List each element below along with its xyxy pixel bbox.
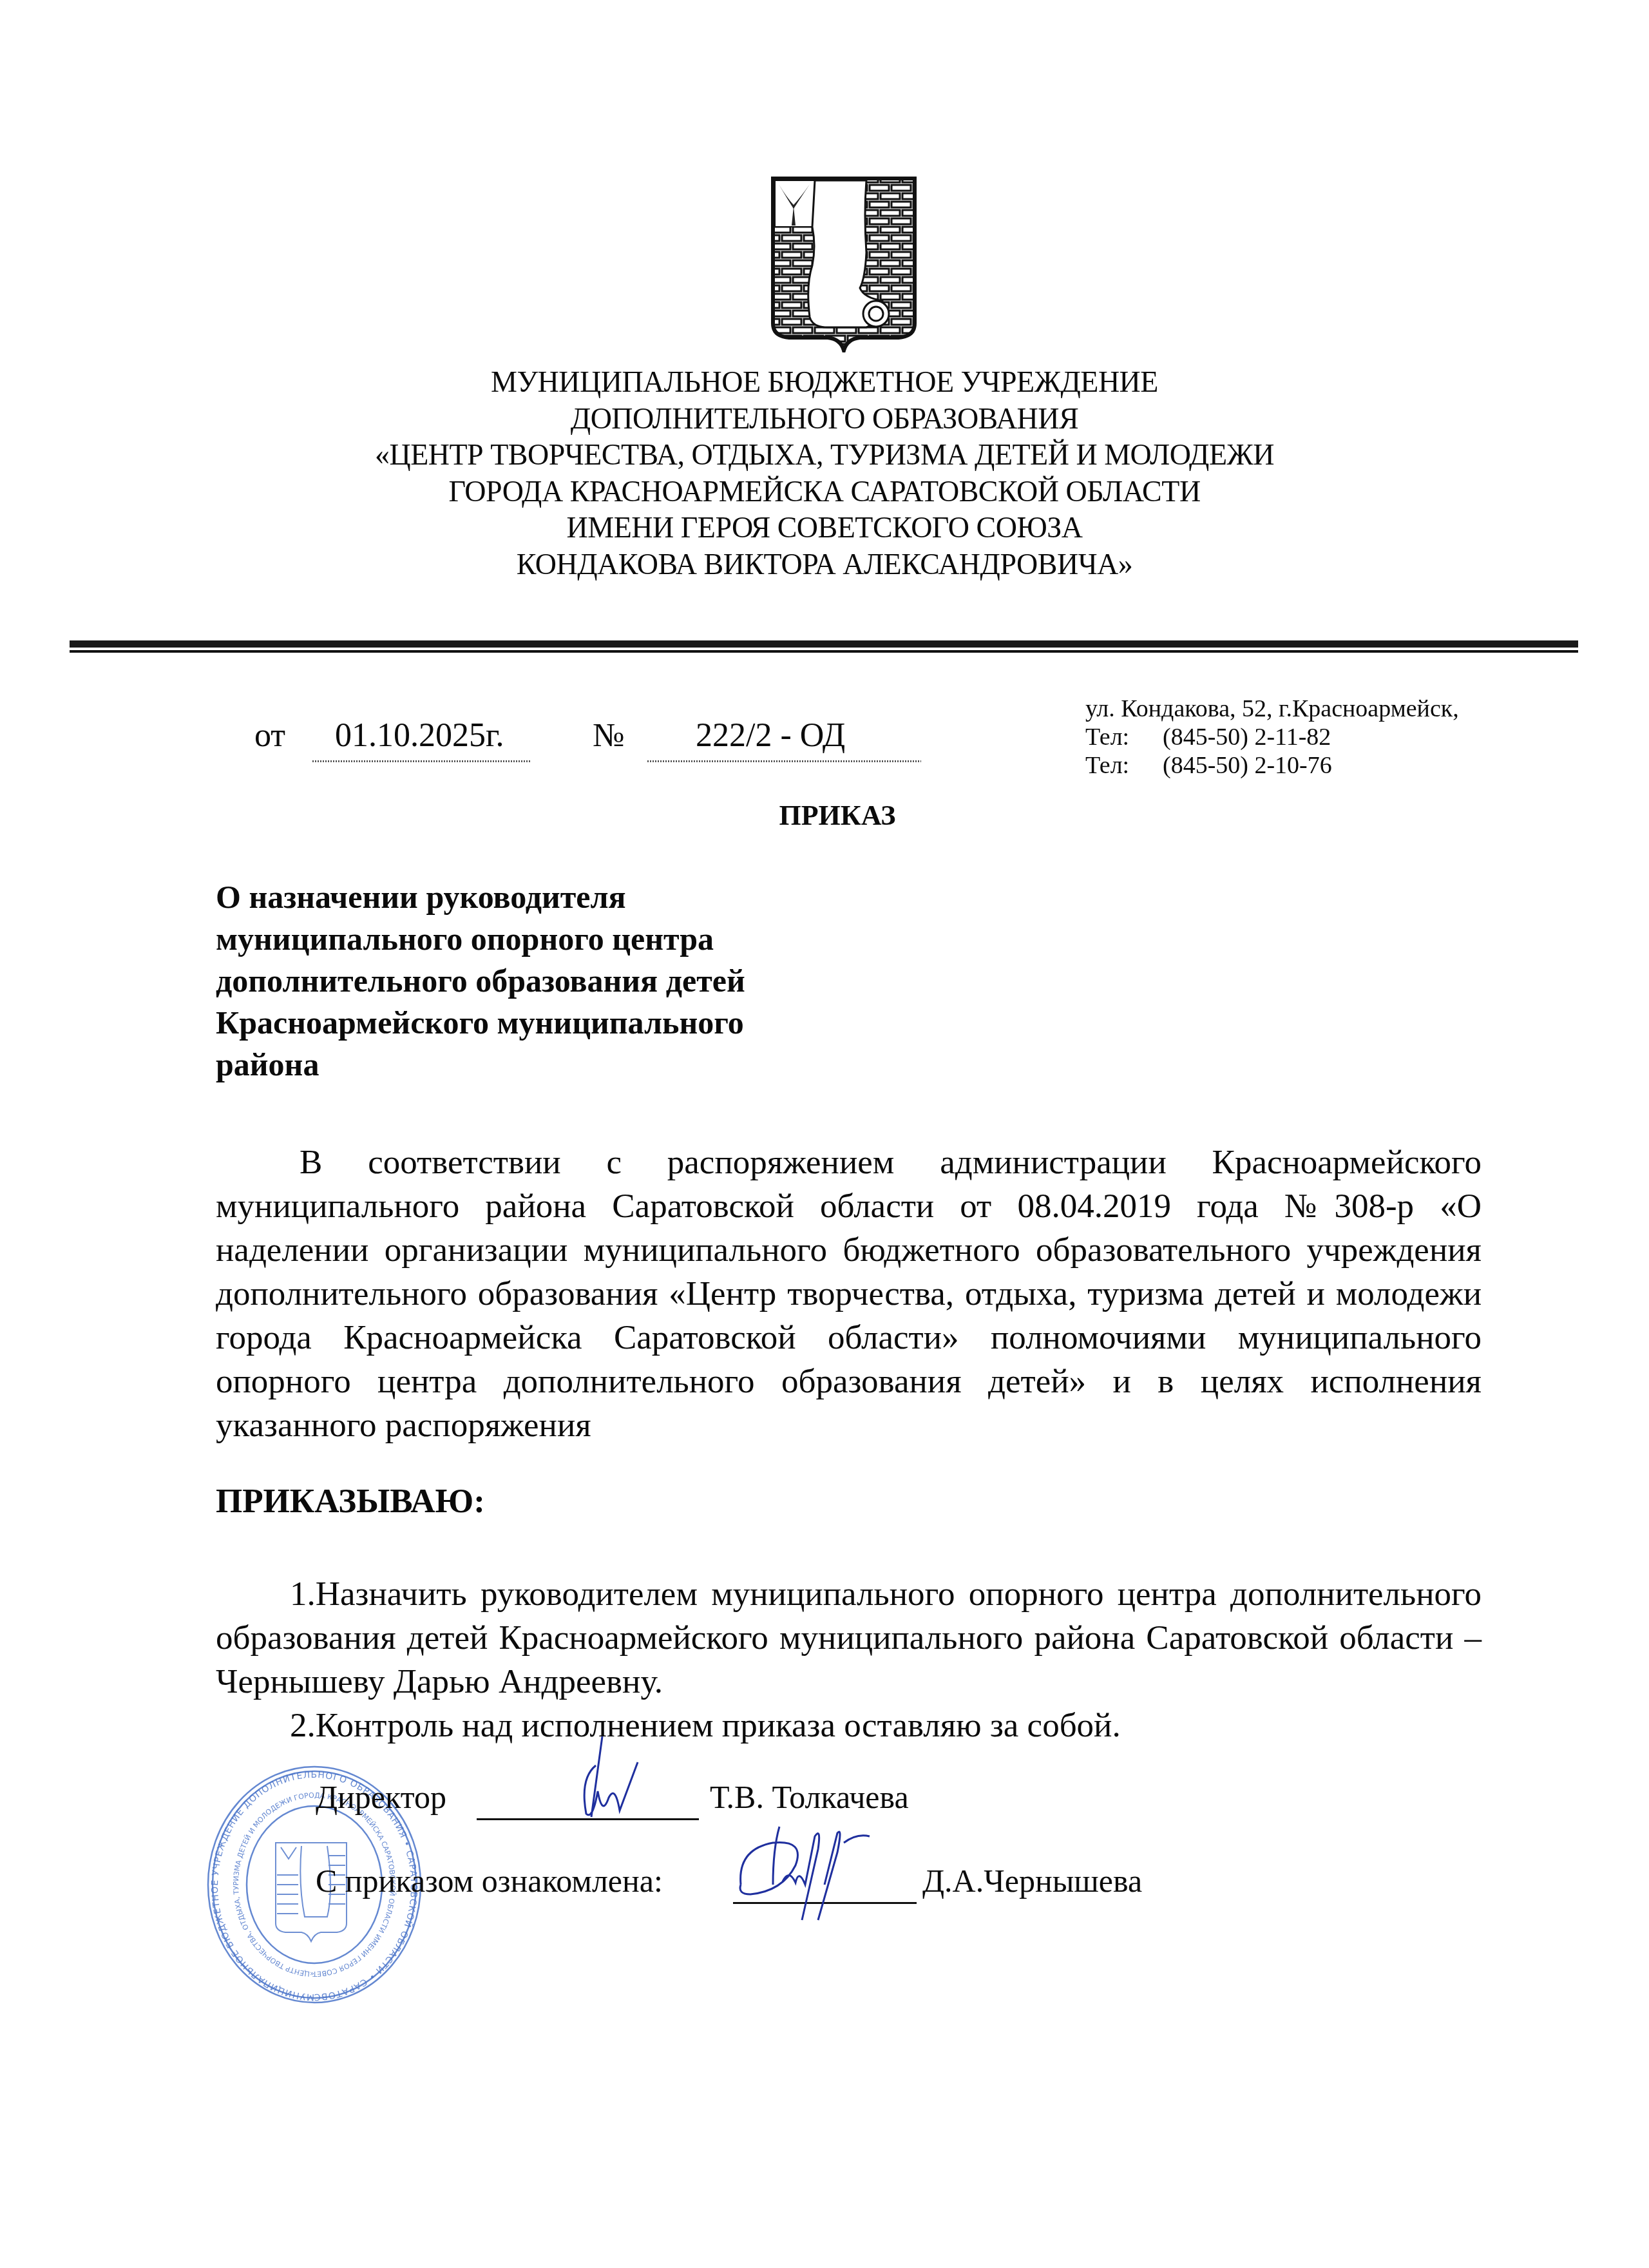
acknowledged-label: С приказом ознакомлена: — [316, 1862, 663, 1899]
phone-number: (845-50) 2-10-76 — [1163, 752, 1332, 779]
phone-label: Тел: — [1085, 723, 1163, 751]
phone-line: Тел:(845-50) 2-11-82 — [1085, 723, 1459, 751]
header-line: ГОРОДА КРАСНОАРМЕЙСКА САРАТОВСКОЙ ОБЛАСТ… — [0, 474, 1649, 510]
header-line: ДОПОЛНИТЕЛЬНОГО ОБРАЗОВАНИЯ — [0, 401, 1649, 437]
number-underline — [647, 760, 921, 762]
phone-label: Тел: — [1085, 751, 1163, 780]
director-name: Т.В. Толкачева — [710, 1778, 909, 1816]
order-item: 1.Назначить руководителем муниципального… — [216, 1572, 1482, 1704]
acknowledged-signature-icon — [734, 1823, 902, 1927]
number-prefix: № — [593, 716, 625, 754]
title-line: района — [216, 1044, 924, 1086]
document-date: 01.10.2025г. — [335, 716, 504, 754]
coat-of-arms-icon — [770, 175, 918, 352]
title-line: муниципального опорного центра — [216, 918, 924, 960]
preamble-paragraph: В соответствии с распоряжением администр… — [216, 1140, 1482, 1447]
document-type: ПРИКАЗ — [0, 799, 1649, 832]
phone-number: (845-50) 2-11-82 — [1163, 724, 1331, 751]
title-line: О назначении руководителя — [216, 876, 924, 918]
acknowledged-name: Д.А.Чернышева — [922, 1862, 1142, 1899]
date-underline — [312, 760, 531, 762]
header-line: ИМЕНИ ГЕРОЯ СОВЕТСКОГО СОЮЗА — [0, 510, 1649, 546]
phone-line: Тел:(845-50) 2-10-76 — [1085, 751, 1459, 780]
order-item: 2.Контроль над исполнением приказа остав… — [216, 1704, 1482, 1747]
title-line: Красноармейского муниципального — [216, 1002, 924, 1044]
order-items: 1.Назначить руководителем муниципального… — [216, 1572, 1482, 1747]
document-title: О назначении руководителя муниципального… — [216, 876, 924, 1086]
title-line: дополнительного образования детей — [216, 960, 924, 1002]
header-line: МУНИЦИПАЛЬНОЕ БЮДЖЕТНОЕ УЧРЕЖДЕНИЕ — [0, 364, 1649, 401]
header-line: КОНДАКОВА ВИКТОРА АЛЕКСАНДРОВИЧА» — [0, 546, 1649, 583]
address-line: ул. Кондакова, 52, г.Красноармейск, — [1085, 695, 1459, 723]
organization-header: МУНИЦИПАЛЬНОЕ БЮДЖЕТНОЕ УЧРЕЖДЕНИЕ ДОПОЛ… — [0, 364, 1649, 582]
address-block: ул. Кондакова, 52, г.Красноармейск, Тел:… — [1085, 695, 1459, 780]
header-divider-thick — [70, 640, 1578, 648]
director-signature-icon — [567, 1733, 670, 1823]
director-label: Директор — [316, 1779, 446, 1815]
document-number: 222/2 - ОД — [696, 716, 845, 754]
director-signature-row: Директор — [316, 1778, 446, 1816]
order-heading: ПРИКАЗЫВАЮ: — [216, 1482, 485, 1521]
header-divider-thin — [70, 650, 1578, 653]
header-line: «ЦЕНТР ТВОРЧЕСТВА, ОТДЫХА, ТУРИЗМА ДЕТЕЙ… — [0, 437, 1649, 474]
date-prefix: от — [254, 716, 285, 754]
